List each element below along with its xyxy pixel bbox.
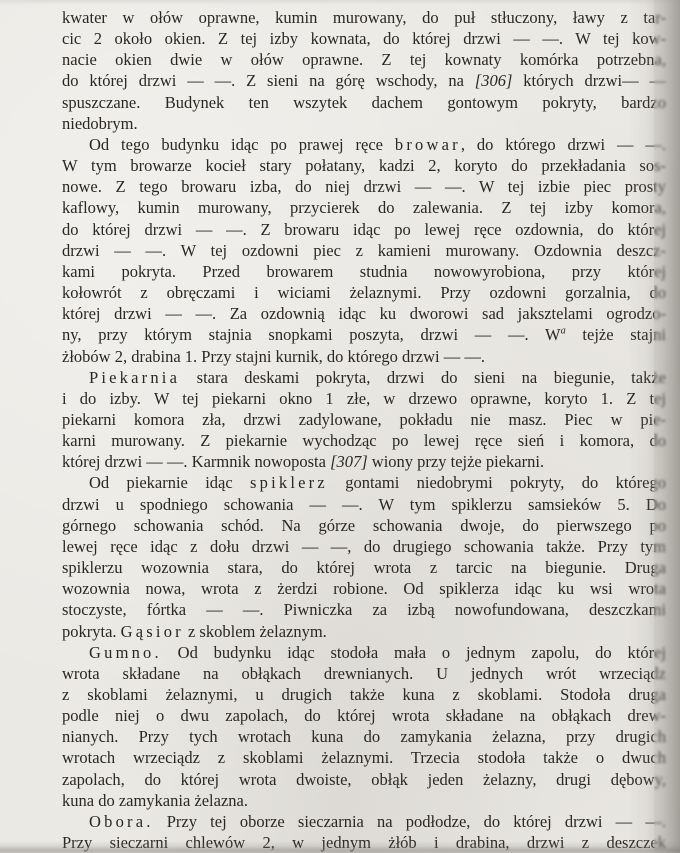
- text-line: spuszczane. Budynek ten wszytek dachem g…: [62, 92, 666, 113]
- text-line: Od piekarnie idąc spiklerz gontami niedo…: [62, 472, 666, 493]
- text-line: kołowrót z obręczami i wiciami żelaznymi…: [62, 282, 666, 303]
- emphasized-term: Gąsior: [121, 622, 184, 641]
- text-line: żłobów 2, drabina 1. Przy stajni kurnik,…: [62, 346, 666, 367]
- text-line: drzwi u spodniego schowania — —. W tym s…: [62, 494, 666, 515]
- paragraph: Gumno. Od budynku idąc stodoła mała o je…: [62, 642, 666, 811]
- text-run: tejże stajni: [566, 325, 666, 344]
- paragraph: Od piekarnie idąc spiklerz gontami niedo…: [62, 472, 666, 641]
- text-line: niedobrym.: [62, 113, 666, 134]
- emphasized-term: Obora.: [89, 812, 154, 831]
- text-run: kaflowy, kumin murowany, przycierek do z…: [62, 198, 666, 217]
- text-run: wiony przy tejże piekarni.: [368, 452, 544, 471]
- text-run: Przy tej oborze sieczarnia na podłodze, …: [154, 812, 666, 831]
- text-run: niedobrym.: [62, 114, 138, 133]
- text-run: kami pokryta. Przed browarem studnia now…: [62, 262, 666, 281]
- text-run: spiklerzu wozownia stara, do której wrot…: [62, 558, 666, 577]
- text-run: kuna do zamykania żelazna.: [62, 791, 248, 810]
- page-reference: [307]: [330, 452, 368, 471]
- text-run: której drzwi — —. Za ozdownią idąc ku dw…: [62, 304, 666, 323]
- text-line: stoczyste, fórtka — —. Piwniczka za izbą…: [62, 599, 666, 620]
- text-line: której drzwi — —. Za ozdownią idąc ku dw…: [62, 303, 666, 324]
- text-run: podle niej o dwu zapolach, do której wro…: [62, 706, 666, 725]
- text-line: wrota składane na obłąkach drewnianych. …: [62, 663, 666, 684]
- text-run: nowe. Z tego browaru izba, do niej drzwi…: [62, 177, 666, 196]
- text-line: z skoblami żelaznymi, u drugich także ku…: [62, 684, 666, 705]
- text-line: do której drzwi — —. Z sieni na górę wsc…: [62, 70, 666, 91]
- text-run: stara deskami pokryta, drzwi do sieni na…: [180, 368, 666, 387]
- text-run: wrota składane na obłąkach drewnianych. …: [62, 664, 666, 683]
- text-run: z skoblem żelaznym.: [184, 622, 327, 641]
- text-run: i do izby. W tej piekarni okno 1 złe, w …: [62, 389, 666, 408]
- text-run: cic 2 około okien. Z tej izby kownata, d…: [62, 29, 666, 48]
- text-run: żłobów 2, drabina 1. Przy stajni kurnik,…: [62, 347, 485, 366]
- text-line: ny, przy którym stajnia snopkami poszyta…: [62, 324, 666, 345]
- text-line: górnego schowania schód. Na górze schowa…: [62, 515, 666, 536]
- scanned-book-page: { "page": { "kind": "scanned-document", …: [0, 0, 680, 853]
- text-run: Od tego budynku idąc po prawej ręce: [89, 135, 395, 154]
- paragraph: Piekarnia stara deskami pokryta, drzwi d…: [62, 367, 666, 473]
- text-run: Przy sieczarni chlewów 2, w jednym żłób …: [62, 833, 666, 852]
- text-line: pokryta. Gąsior z skoblem żelaznym.: [62, 621, 666, 642]
- text-line: cic 2 około okien. Z tej izby kownata, d…: [62, 28, 666, 49]
- text-line: kami pokryta. Przed browarem studnia now…: [62, 261, 666, 282]
- paragraph: Od tego budynku idąc po prawej ręce brow…: [62, 134, 666, 367]
- text-line: Od tego budynku idąc po prawej ręce brow…: [62, 134, 666, 155]
- text-line: kwater w ołów oprawne, kumin murowany, d…: [62, 7, 666, 28]
- text-run: pokryta.: [62, 622, 121, 641]
- text-run: kołowrót z obręczami i wiciami żelaznymi…: [62, 283, 666, 302]
- text-run: karni murowany. Z piekarnie wychodząc po…: [62, 431, 666, 450]
- text-line: karni murowany. Z piekarnie wychodząc po…: [62, 430, 666, 451]
- paragraph: kwater w ołów oprawne, kumin murowany, d…: [62, 7, 666, 134]
- text-line: której drzwi — —. Karmnik nowoposta [307…: [62, 451, 666, 472]
- text-run: , do którego drzwi — —.: [461, 135, 666, 154]
- text-run: drzwi u spodniego schowania — —. W tym s…: [62, 495, 666, 514]
- text-run: której drzwi — —. Karmnik nowoposta: [62, 452, 330, 471]
- text-run: nianych. Przy tych wrotach kuna do zamyk…: [62, 727, 666, 746]
- text-run: lewej ręce idąc z dołu drzwi — —, do dru…: [62, 537, 666, 556]
- text-run: piekarni komora zła, drzwi zadylowane, p…: [62, 410, 666, 429]
- text-run: z skoblami żelaznymi, u drugich także ku…: [62, 685, 666, 704]
- text-run: nacie okien dwie w ołów oprawne. Z tej k…: [62, 50, 666, 69]
- text-run: górnego schowania schód. Na górze schowa…: [62, 516, 666, 535]
- text-run: wrotach wrzeciądz z skoblami żelaznymi. …: [62, 748, 666, 767]
- text-run: do której drzwi — —. Z browaru idąc po l…: [62, 220, 666, 239]
- text-line: wrotach wrzeciądz z skoblami żelaznymi. …: [62, 747, 666, 768]
- text-line: nianych. Przy tych wrotach kuna do zamyk…: [62, 726, 666, 747]
- text-line: lewej ręce idąc z dołu drzwi — —, do dru…: [62, 536, 666, 557]
- text-line: kuna do zamykania żelazna.: [62, 790, 666, 811]
- text-run: spuszczane. Budynek ten wszytek dachem g…: [62, 93, 666, 112]
- text-line: do której drzwi — —. Z browaru idąc po l…: [62, 219, 666, 240]
- scan-top-edge-shadow: [0, 0, 680, 5]
- text-run: ny, przy którym stajnia snopkami poszyta…: [62, 325, 561, 344]
- emphasized-term: spiklerz: [250, 473, 328, 492]
- text-run: W tym browarze kocieł stary połatany, ka…: [62, 156, 666, 175]
- emphasized-term: browar: [395, 135, 461, 154]
- text-line: kaflowy, kumin murowany, przycierek do z…: [62, 197, 666, 218]
- text-line: zapolach, do której wrota dwoiste, obłąk…: [62, 769, 666, 790]
- text-line: Przy sieczarni chlewów 2, w jednym żłób …: [62, 832, 666, 853]
- text-line: Obora. Przy tej oborze sieczarnia na pod…: [62, 811, 666, 832]
- text-run: Od piekarnie idąc: [89, 473, 250, 492]
- text-line: W tym browarze kocieł stary połatany, ka…: [62, 155, 666, 176]
- emphasized-term: Piekarnia: [89, 368, 180, 387]
- text-run: kwater w ołów oprawne, kumin murowany, d…: [62, 8, 666, 27]
- text-run: których drzwi— —: [512, 71, 666, 90]
- text-line: nacie okien dwie w ołów oprawne. Z tej k…: [62, 49, 666, 70]
- text-run: drzwi — —. W tej ozdowni piec z kamieni …: [62, 241, 666, 260]
- text-run: wozownia nowa, wrota z żerdzi robione. O…: [62, 579, 666, 598]
- text-line: nowe. Z tego browaru izba, do niej drzwi…: [62, 176, 666, 197]
- text-run: do której drzwi — —. Z sieni na górę wsc…: [62, 71, 475, 90]
- text-line: wozownia nowa, wrota z żerdzi robione. O…: [62, 578, 666, 599]
- text-run: gontami niedobrymi pokryty, do którego: [328, 473, 666, 492]
- text-line: podle niej o dwu zapolach, do której wro…: [62, 705, 666, 726]
- text-line: i do izby. W tej piekarni okno 1 złe, w …: [62, 388, 666, 409]
- text-line: drzwi — —. W tej ozdowni piec z kamieni …: [62, 240, 666, 261]
- text-line: piekarni komora zła, drzwi zadylowane, p…: [62, 409, 666, 430]
- text-run: Od budynku idąc stodoła mała o jednym za…: [162, 643, 666, 662]
- page-reference: [306]: [475, 71, 513, 90]
- text-line: Piekarnia stara deskami pokryta, drzwi d…: [62, 367, 666, 388]
- page-text: kwater w ołów oprawne, kumin murowany, d…: [62, 7, 666, 853]
- text-line: Gumno. Od budynku idąc stodoła mała o je…: [62, 642, 666, 663]
- text-run: stoczyste, fórtka — —. Piwniczka za izbą…: [62, 600, 666, 619]
- emphasized-term: Gumno.: [89, 643, 162, 662]
- text-line: spiklerzu wozownia stara, do której wrot…: [62, 557, 666, 578]
- text-run: zapolach, do której wrota dwoiste, obłąk…: [62, 770, 666, 789]
- paragraph: Obora. Przy tej oborze sieczarnia na pod…: [62, 811, 666, 853]
